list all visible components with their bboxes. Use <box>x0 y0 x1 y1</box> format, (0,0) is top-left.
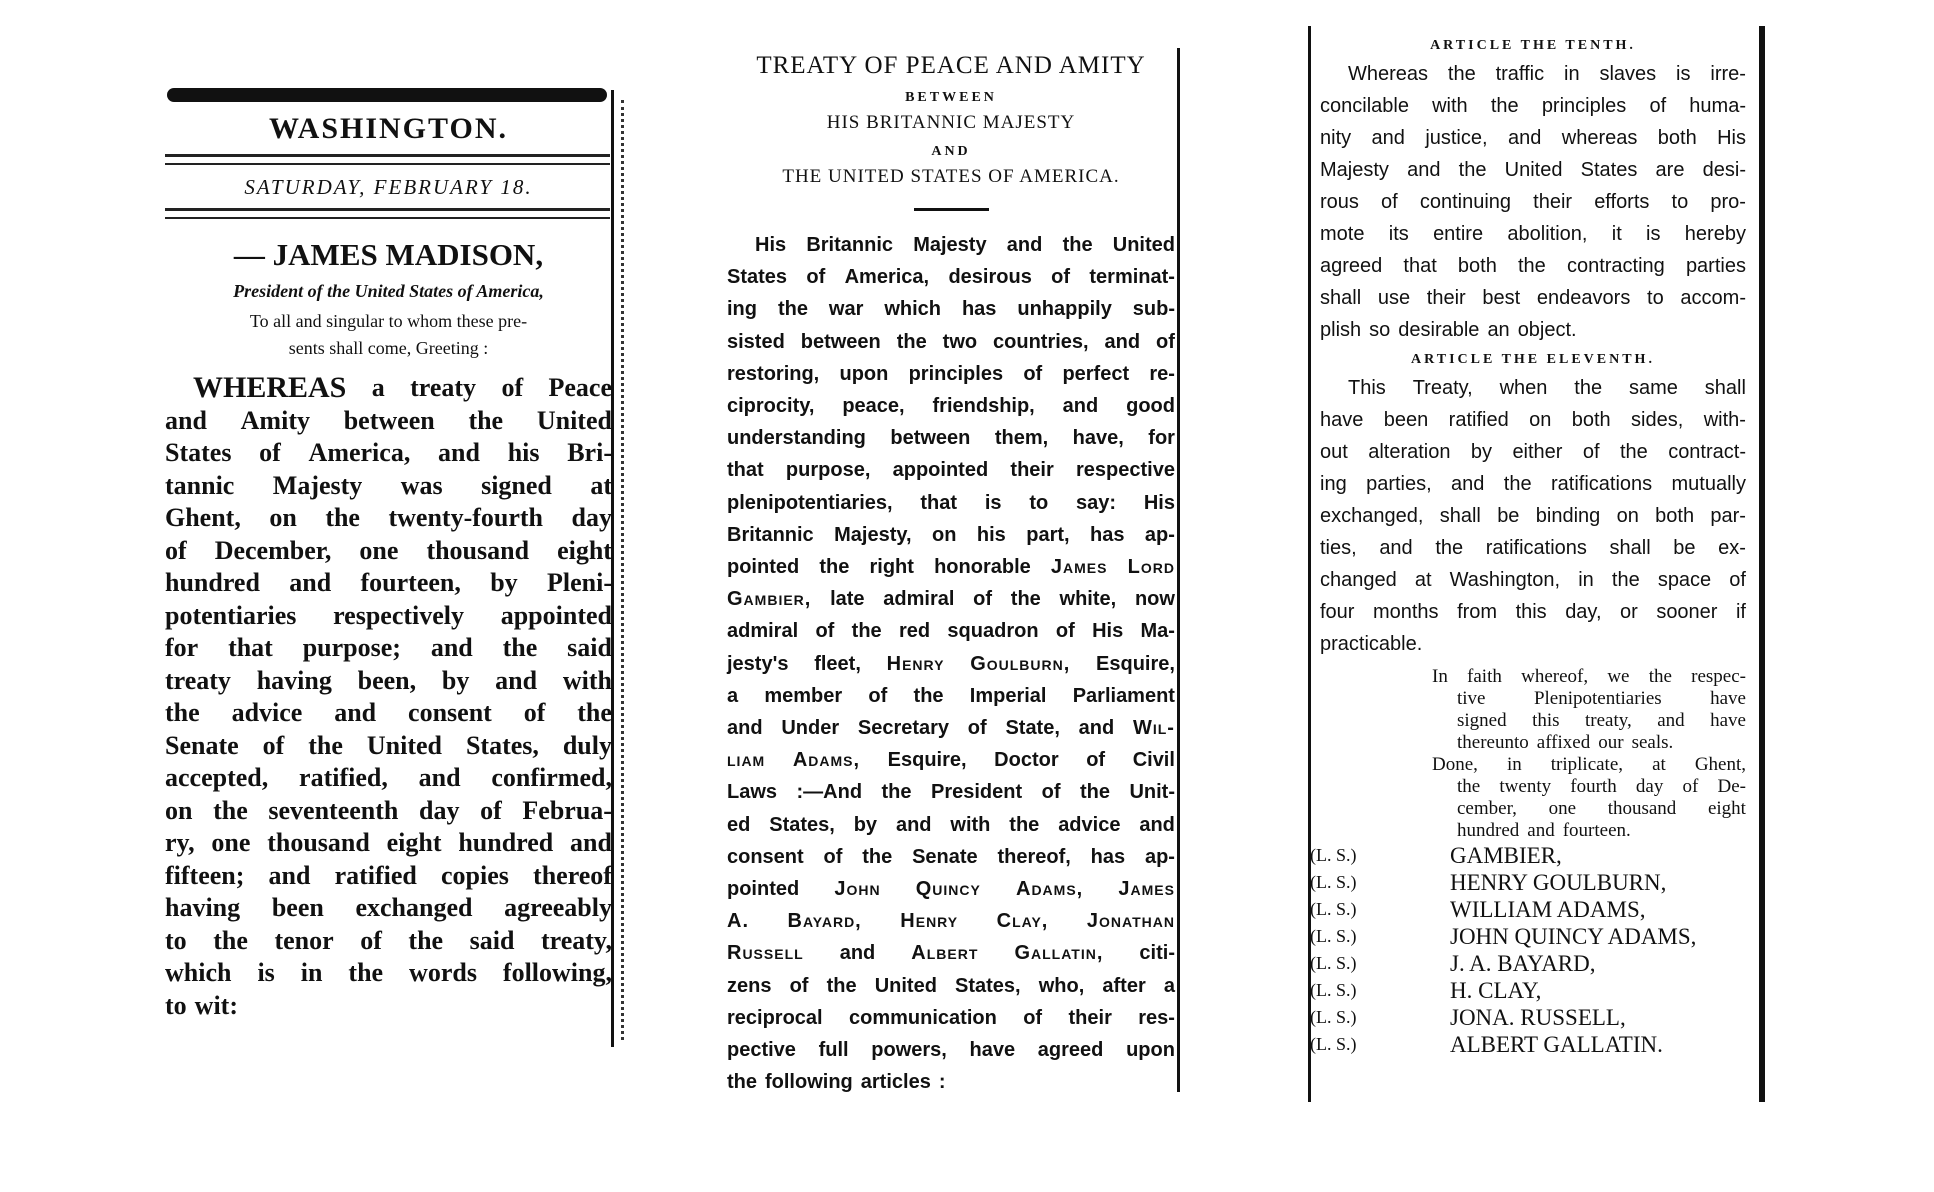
text-line: theadviceandconsentofthe <box>165 697 612 730</box>
text-line: agreedthatboththecontractingparties <box>1320 250 1746 282</box>
article-tenth-body: Whereasthetrafficinslavesisirre-concilab… <box>1320 58 1746 346</box>
text-line: outalterationbyeitherofthecontract- <box>1320 436 1746 468</box>
text-line: whichisinthewordsfollowing, <box>165 957 612 990</box>
masthead-rule-top <box>167 88 607 102</box>
text-line: accepted,ratified,andconfirmed, <box>165 762 612 795</box>
text-line: RussellandAlbertGallatin,citi- <box>727 937 1175 969</box>
text-line: Gambier,lateadmiralofthewhite,now <box>727 583 1175 615</box>
proclamation-body: WHEREASatreatyofPeaceandAmitybetweentheU… <box>165 372 612 1022</box>
signature-row: (L. S.)WILLIAM ADAMS, <box>1310 896 1746 923</box>
signature-row: (L. S.)ALBERT GALLATIN. <box>1310 1031 1746 1058</box>
signature-row: (L. S.)J. A. BAYARD, <box>1310 950 1746 977</box>
signature-row: (L. S.)HENRY GOULBURN, <box>1310 869 1746 896</box>
signatory-name: ALBERT GALLATIN. <box>1450 1031 1663 1058</box>
text-line: havingbeenexchangedagreeably <box>165 892 612 925</box>
text-line: forthatpurpose;andthesaid <box>165 632 612 665</box>
text-line: Infaithwhereof,wetherespec- <box>1320 666 1746 688</box>
article-tenth-heading: ARTICLE THE TENTH. <box>1320 38 1746 54</box>
signatory-name: GAMBIER, <box>1450 842 1562 869</box>
masthead-rule-bottom <box>165 154 610 165</box>
text-line: plenipotentiaries,thatistosay:His <box>727 487 1175 519</box>
text-line: amemberoftheImperialParliament <box>727 680 1175 712</box>
text-line: restoring,uponprinciplesofperfectre- <box>727 358 1175 390</box>
treaty-between: BETWEEN <box>727 90 1175 106</box>
text-line: concilablewiththeprinciplesofhuma- <box>1320 90 1746 122</box>
text-line: StatesofAmerica,andhisBri- <box>165 437 612 470</box>
text-line: hundredandfourteen,byPleni- <box>165 567 612 600</box>
text-line: pointedtherighthonorableJamesLord <box>727 551 1175 583</box>
signatory-name: JOHN QUINCY ADAMS, <box>1450 923 1696 950</box>
text-line: treatyhavingbeen,byandwith <box>165 665 612 698</box>
text-line: understandingbetweenthem,have,for <box>727 422 1175 454</box>
text-line: sistedbetweenthetwocountries,andof <box>727 326 1175 358</box>
text-line: fourmonthsfromthisday,orsoonerif <box>1320 596 1746 628</box>
signatures-list: (L. S.)GAMBIER,(L. S.)HENRY GOULBURN,(L.… <box>1310 842 1746 1058</box>
text-line: thefollowingarticles: <box>727 1066 1175 1098</box>
column1-dotted-rule <box>621 100 624 1040</box>
column-treaty-preamble: TREATY OF PEACE AND AMITY BETWEEN HIS BR… <box>727 52 1175 1098</box>
seal-mark: (L. S.) <box>1310 977 1450 1004</box>
greeting: To all and singular to whom these pre- s… <box>165 308 612 362</box>
text-line: thatpurpose,appointedtheirrespective <box>727 454 1175 486</box>
text-line: pectivefullpowers,haveagreedupon <box>727 1034 1175 1066</box>
text-line: signedthistreaty,andhave <box>1320 710 1746 732</box>
seal-mark: (L. S.) <box>1310 896 1450 923</box>
column-treaty-articles: ARTICLE THE TENTH. Whereasthetrafficinsl… <box>1320 38 1746 1058</box>
text-line: exchanged,shallbebindingonbothpar- <box>1320 500 1746 532</box>
text-line: jesty'sfleet,HenryGoulburn,Esquire, <box>727 648 1175 680</box>
signatory-name: JONA. RUSSELL, <box>1450 1004 1626 1031</box>
seal-mark: (L. S.) <box>1310 842 1450 869</box>
text-line: hundredandfourteen. <box>1320 820 1746 842</box>
text-line: edStates,byandwiththeadviceand <box>727 809 1175 841</box>
treaty-preamble-body: HisBritannicMajestyandtheUnitedStatesofA… <box>727 229 1175 1098</box>
text-line: BritannicMajesty,onhispart,hasap- <box>727 519 1175 551</box>
article-eleventh-heading: ARTICLE THE ELEVENTH. <box>1320 352 1746 368</box>
text-line: potentiariesrespectivelyappointed <box>165 600 612 633</box>
treaty-party-1: HIS BRITANNIC MAJESTY <box>727 112 1175 134</box>
signatory-name: H. CLAY, <box>1450 977 1541 1004</box>
signatory-name: HENRY GOULBURN, <box>1450 869 1666 896</box>
seal-mark: (L. S.) <box>1310 950 1450 977</box>
text-line: SenateoftheUnitedStates,duly <box>165 730 612 763</box>
treaty-party-2: THE UNITED STATES OF AMERICA. <box>727 166 1175 188</box>
text-line: changedatWashington,inthespaceof <box>1320 564 1746 596</box>
text-line: consentoftheSenatethereof,hasap- <box>727 841 1175 873</box>
signature-row: (L. S.)H. CLAY, <box>1310 977 1746 1004</box>
text-line: ry,onethousandeighthundredand <box>165 827 612 860</box>
column2-right-rule <box>1177 48 1180 1092</box>
proclaimer-title: President of the United States of Americ… <box>165 281 612 302</box>
text-line: tannicMajestywassignedat <box>165 470 612 503</box>
text-line: admiraloftheredsquadronofHisMa- <box>727 615 1175 647</box>
text-line: andUnderSecretaryofState,andWil- <box>727 712 1175 744</box>
text-line: ties,andtheratificationsshallbeex- <box>1320 532 1746 564</box>
dateline: SATURDAY, FEBRUARY 18. <box>165 175 612 200</box>
text-line: WHEREASatreatyofPeace <box>165 372 612 405</box>
column3-right-rule <box>1759 26 1765 1102</box>
in-faith-whereof: Infaithwhereof,wetherespec-tivePlenipote… <box>1320 666 1746 754</box>
text-line: A.Bayard,HenryClay,Jonathan <box>727 905 1175 937</box>
text-line: StatesofAmerica,desirousofterminat- <box>727 261 1175 293</box>
column-washington-proclamation: WASHINGTON. SATURDAY, FEBRUARY 18. — JAM… <box>165 88 612 1022</box>
article-eleventh-body: ThisTreaty,whenthesameshallhavebeenratif… <box>1320 372 1746 660</box>
text-line: ontheseventeenthdayofFebrua- <box>165 795 612 828</box>
text-line: zensoftheUnitedStates,who,aftera <box>727 970 1175 1002</box>
treaty-and: AND <box>727 144 1175 160</box>
text-line: ofDecember,onethousandeight <box>165 535 612 568</box>
text-line: Whereasthetrafficinslavesisirre- <box>1320 58 1746 90</box>
text-line: tivePlenipotentiarieshave <box>1320 688 1746 710</box>
text-line: nityandjustice,andwhereasbothHis <box>1320 122 1746 154</box>
seal-mark: (L. S.) <box>1310 869 1450 896</box>
text-line: andAmitybetweentheUnited <box>165 405 612 438</box>
text-line: practicable. <box>1320 628 1746 660</box>
text-line: reciprocalcommunicationoftheirres- <box>727 1002 1175 1034</box>
text-line: ingparties,andtheratificationsmutually <box>1320 468 1746 500</box>
section-divider <box>914 208 989 211</box>
signatory-name: J. A. BAYARD, <box>1450 950 1596 977</box>
text-line: havebeenratifiedonbothsides,with- <box>1320 404 1746 436</box>
text-line: Done,intriplicate,atGhent, <box>1320 754 1746 776</box>
text-line: MajestyandtheUnitedStatesaredesi- <box>1320 154 1746 186</box>
text-line: shallusetheirbestendeavorstoaccom- <box>1320 282 1746 314</box>
text-line: tothetenorofthesaidtreaty, <box>165 925 612 958</box>
signature-row: (L. S.)JOHN QUINCY ADAMS, <box>1310 923 1746 950</box>
text-line: Laws:—AndthePresidentoftheUnit- <box>727 776 1175 808</box>
text-line: moteitsentireabolition,itishereby <box>1320 218 1746 250</box>
seal-mark: (L. S.) <box>1310 923 1450 950</box>
text-line: HisBritannicMajestyandtheUnited <box>727 229 1175 261</box>
text-line: cember,onethousandeight <box>1320 798 1746 820</box>
done-in-triplicate: Done,intriplicate,atGhent,thetwentyfourt… <box>1320 754 1746 842</box>
text-line: liamAdams,Esquire,DoctorofCivil <box>727 744 1175 776</box>
masthead: WASHINGTON. <box>165 112 612 146</box>
text-line: rousofcontinuingtheireffortstopro- <box>1320 186 1746 218</box>
signature-row: (L. S.)JONA. RUSSELL, <box>1310 1004 1746 1031</box>
seal-mark: (L. S.) <box>1310 1031 1450 1058</box>
text-line: ThisTreaty,whenthesameshall <box>1320 372 1746 404</box>
signature-row: (L. S.)GAMBIER, <box>1310 842 1746 869</box>
seal-mark: (L. S.) <box>1310 1004 1450 1031</box>
text-line: Ghent,onthetwenty-fourthday <box>165 502 612 535</box>
text-line: thetwentyfourthdayofDe- <box>1320 776 1746 798</box>
proclaimer-name: — JAMES MADISON, <box>165 237 612 273</box>
text-line: plishsodesirableanobject. <box>1320 314 1746 346</box>
text-line: ciprocity,peace,friendship,andgood <box>727 390 1175 422</box>
text-line: ingthewarwhichhasunhappilysub- <box>727 293 1175 325</box>
dateline-rule <box>165 208 610 219</box>
treaty-title: TREATY OF PEACE AND AMITY <box>727 52 1175 80</box>
text-line: towit: <box>165 990 612 1023</box>
signatory-name: WILLIAM ADAMS, <box>1450 896 1646 923</box>
text-line: fifteen;andratifiedcopiesthereof <box>165 860 612 893</box>
text-line: pointedJohnQuincyAdams,James <box>727 873 1175 905</box>
text-line: thereuntoaffixedourseals. <box>1320 732 1746 754</box>
